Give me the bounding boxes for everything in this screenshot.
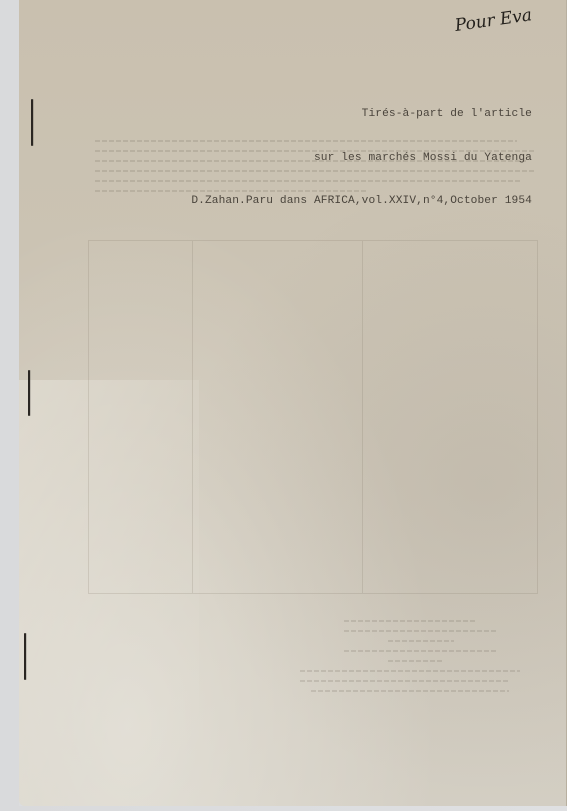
staple-icon <box>31 99 33 146</box>
header-line-subject: sur les marchés Mossi du Yatenga <box>191 151 532 166</box>
header-line-title: Tirés-à-part de l'article <box>191 107 532 122</box>
staple-icon <box>24 633 26 680</box>
photo-background: Pour Eva Tirés-à-part de l'article sur l… <box>0 0 567 811</box>
staple-icon <box>28 370 30 416</box>
header-line-citation: D.Zahan.Paru dans AFRICA,vol.XXIV,n°4,Oc… <box>191 194 532 209</box>
offprint-header: Tirés-à-part de l'article sur les marché… <box>191 78 532 238</box>
